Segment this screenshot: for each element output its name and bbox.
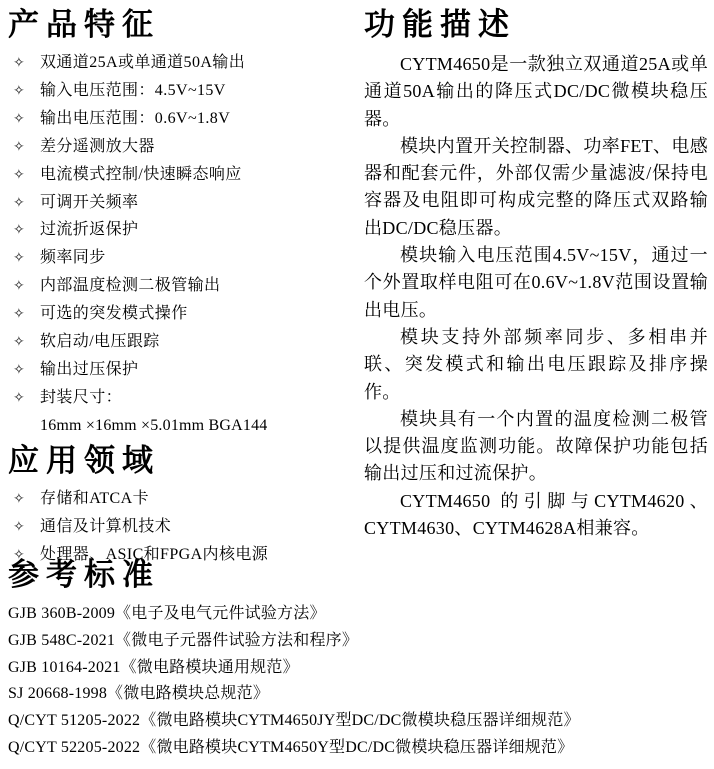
feature-list: ✧ 双通道25A或单通道50A输出 ✧ 输入电压范围：4.5V~15V ✧ 输出… [8, 50, 356, 413]
application-item: ✧ 通信及计算机技术 [8, 514, 356, 542]
section-title-standards: 参考标准 [8, 556, 710, 594]
feature-item: ✧ 双通道25A或单通道50A输出 [8, 50, 356, 78]
feature-item-text: 输出过压保护 [40, 357, 138, 384]
four-pointed-star-icon: ✧ [13, 274, 29, 301]
feature-item-text: 可选的突发模式操作 [40, 301, 188, 328]
section-title-applications: 应用领域 [8, 442, 356, 480]
standards-list: GJB 360B-2009《电子及电气元件试验方法》 GJB 548C-2021… [8, 601, 710, 762]
four-pointed-star-icon: ✧ [13, 358, 29, 385]
four-pointed-star-icon: ✧ [13, 51, 29, 78]
description-paragraph: 模块输入电压范围4.5V~15V，通过一个外置取样电阻可在0.6V~1.8V范围… [364, 242, 708, 324]
right-column: 功能描述 CYTM4650是一款独立双通道25A或单通道50A输出的降压式DC/… [364, 6, 708, 542]
feature-item-text: 封装尺寸： [40, 385, 122, 412]
description-paragraph: 模块支持外部频率同步、多相串并联、突发模式和输出电压跟踪及排序操作。 [364, 324, 708, 406]
feature-item: ✧ 封装尺寸： [8, 385, 356, 413]
description-paragraph: 模块内置开关控制器、功率FET、电感器和配套元件，外部仅需少量滤波/保持电容器及… [364, 133, 708, 242]
standard-item: SJ 20668-1998《微电路模块总规范》 [8, 681, 710, 708]
feature-item: ✧ 软启动/电压跟踪 [8, 329, 356, 357]
four-pointed-star-icon: ✧ [13, 191, 29, 218]
four-pointed-star-icon: ✧ [13, 107, 29, 134]
feature-item: ✧ 可调开关频率 [8, 190, 356, 218]
four-pointed-star-icon: ✧ [13, 302, 29, 329]
feature-item-text: 电流模式控制/快速瞬态响应 [40, 162, 242, 189]
standard-item: Q/CYT 52205-2022《微电路模块CYTM4650Y型DC/DC微模块… [8, 735, 710, 762]
feature-item: ✧ 内部温度检测二极管输出 [8, 273, 356, 301]
four-pointed-star-icon: ✧ [13, 386, 29, 413]
feature-item: ✧ 差分遥测放大器 [8, 134, 356, 162]
application-item-text: 存储和ATCA卡 [40, 486, 149, 513]
standards-section: 参考标准 GJB 360B-2009《电子及电气元件试验方法》 GJB 548C… [8, 556, 710, 762]
description-paragraph: 模块具有一个内置的温度检测二极管以提供温度监测功能。故障保护功能包括输出过压和过… [364, 406, 708, 488]
feature-item-text: 频率同步 [40, 245, 106, 272]
application-item-text: 通信及计算机技术 [40, 514, 171, 541]
standard-item: GJB 10164-2021《微电路模块通用规范》 [8, 655, 710, 682]
four-pointed-star-icon: ✧ [13, 163, 29, 190]
feature-item: ✧ 输出过压保护 [8, 357, 356, 385]
feature-item: ✧ 输入电压范围：4.5V~15V [8, 78, 356, 106]
four-pointed-star-icon: ✧ [13, 515, 29, 542]
feature-item: ✧ 可选的突发模式操作 [8, 301, 356, 329]
feature-item-text: 内部温度检测二极管输出 [40, 273, 220, 300]
four-pointed-star-icon: ✧ [13, 218, 29, 245]
feature-item-text: 输入电压范围：4.5V~15V [40, 78, 226, 105]
description-paragraph: CYTM4650是一款独立双通道25A或单通道50A输出的降压式DC/DC微模块… [364, 51, 708, 133]
standard-item: GJB 360B-2009《电子及电气元件试验方法》 [8, 601, 710, 628]
four-pointed-star-icon: ✧ [13, 330, 29, 357]
standard-item: Q/CYT 51205-2022《微电路模块CYTM4650JY型DC/DC微模… [8, 708, 710, 735]
feature-item-text: 可调开关频率 [40, 190, 138, 217]
feature-item: ✧ 过流折返保护 [8, 217, 356, 245]
four-pointed-star-icon: ✧ [13, 487, 29, 514]
four-pointed-star-icon: ✧ [13, 135, 29, 162]
feature-item: ✧ 电流模式控制/快速瞬态响应 [8, 162, 356, 190]
four-pointed-star-icon: ✧ [13, 79, 29, 106]
standard-item: GJB 548C-2021《微电子元器件试验方法和程序》 [8, 628, 710, 655]
application-item: ✧ 存储和ATCA卡 [8, 486, 356, 514]
section-title-features: 产品特征 [8, 6, 356, 44]
feature-item-text: 过流折返保护 [40, 217, 138, 244]
description-paragraphs: CYTM4650是一款独立双通道25A或单通道50A输出的降压式DC/DC微模块… [364, 51, 708, 542]
section-title-description: 功能描述 [364, 6, 708, 44]
left-column: 产品特征 ✧ 双通道25A或单通道50A输出 ✧ 输入电压范围：4.5V~15V… [8, 6, 356, 569]
four-pointed-star-icon: ✧ [13, 246, 29, 273]
feature-item-text: 输出电压范围：0.6V~1.8V [40, 106, 230, 133]
feature-item: ✧ 频率同步 [8, 245, 356, 273]
package-dimensions-note: 16mm ×16mm ×5.01mm BGA144 [40, 413, 356, 440]
feature-item-text: 软启动/电压跟踪 [40, 329, 160, 356]
feature-item: ✧ 输出电压范围：0.6V~1.8V [8, 106, 356, 134]
feature-item-text: 双通道25A或单通道50A输出 [40, 50, 245, 77]
datasheet-page: 产品特征 ✧ 双通道25A或单通道50A输出 ✧ 输入电压范围：4.5V~15V… [0, 0, 714, 769]
description-paragraph: CYTM4650 的引脚与CYTM4620、CYTM4630、CYTM4628A… [364, 488, 708, 543]
feature-item-text: 差分遥测放大器 [40, 134, 155, 161]
